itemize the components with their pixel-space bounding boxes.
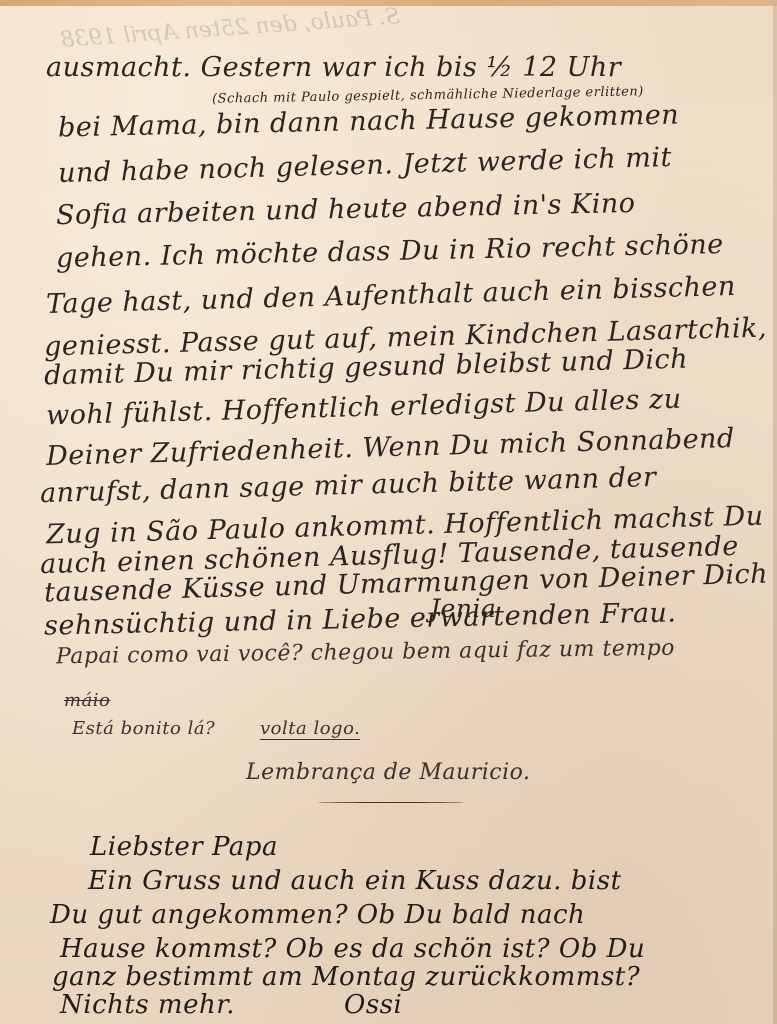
signature-ossi: Ossi: [344, 990, 402, 1020]
ossi-line: Hause kommst? Ob es da schön ist? Ob Du: [60, 934, 645, 964]
letter-line: und habe noch gelesen. Jetzt werde ich m…: [58, 142, 673, 189]
portuguese-line: Está bonito lá?: [72, 718, 215, 739]
struck-word: máio: [64, 690, 110, 711]
ossi-line: Du gut angekommen? Ob Du bald nach: [50, 900, 585, 930]
letter-line: gehen. Ich möchte dass Du in Rio recht s…: [56, 229, 724, 274]
bleed-through-header: S. Paulo, den 25ten April 1938: [60, 4, 401, 53]
signature-jenia: Jenia: [430, 594, 496, 623]
letter-line: Sofia arbeiten und heute abend in's Kino: [56, 188, 636, 231]
letter-line: bei Mama, bin dann nach Hause gekommen: [58, 99, 680, 143]
salutation: Liebster Papa: [90, 832, 278, 862]
portuguese-line: Papai como vai você? chegou bem aqui faz…: [56, 636, 675, 670]
ossi-line: Nichts mehr.: [60, 990, 235, 1020]
ossi-line: ganz bestimmt am Montag zurückkommst?: [52, 962, 640, 992]
paper-right-edge: [773, 0, 777, 1024]
letter-line: Tage hast, und den Aufenthalt auch ein b…: [46, 271, 736, 320]
letter-page: S. Paulo, den 25ten April 1938 ausmacht.…: [0, 0, 777, 1024]
letter-line: ausmacht. Gestern war ich bis ½ 12 Uhr: [46, 52, 621, 83]
signature-underline: [318, 802, 464, 803]
portuguese-line-underlined: volta logo.: [260, 718, 360, 740]
signature-mauricio: Lembrança de Mauricio.: [246, 760, 530, 785]
ossi-line: Ein Gruss und auch ein Kuss dazu. bist: [88, 866, 622, 896]
letter-line: wohl fühlst. Hoffentlich erledigst Du al…: [46, 384, 682, 432]
